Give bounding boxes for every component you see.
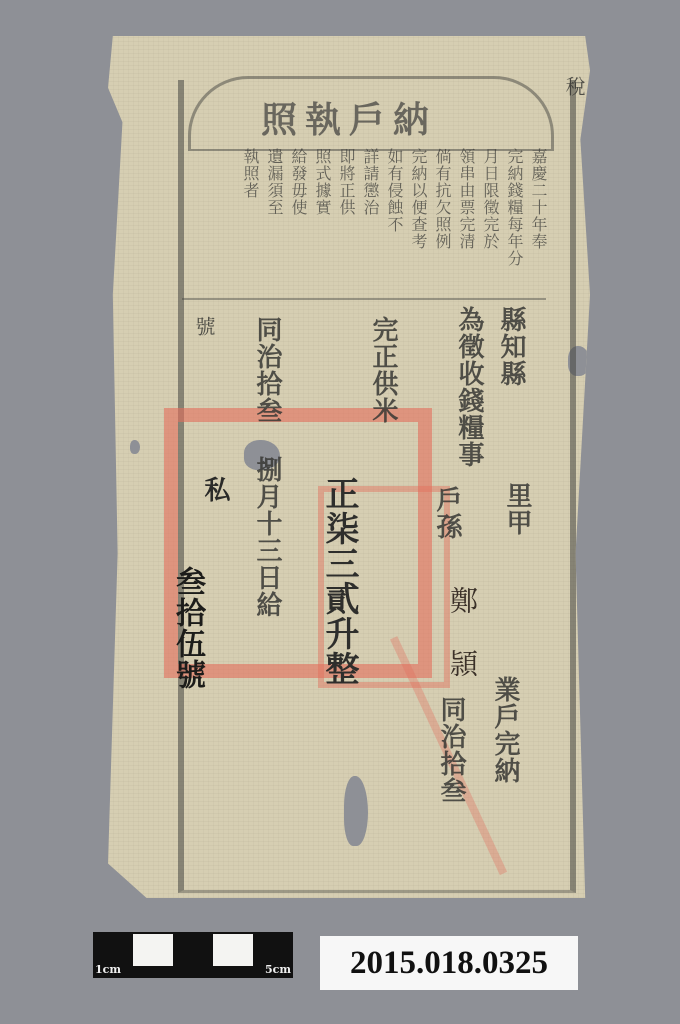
scale-segment: [133, 934, 173, 966]
district-text: 里甲: [504, 482, 530, 536]
handwritten-name: 鄭 頴: [448, 586, 476, 678]
receipt-paper: 納戶執照 嘉慶二十年奉 完納錢糧每年分 月日限徵完於 領串由票完清 倘有抗欠照例…: [108, 36, 590, 898]
serial-number-ink: 叁拾伍號: [172, 566, 202, 690]
household-text: 戶孫: [434, 486, 460, 540]
amount-char: 三: [319, 546, 359, 581]
amount-char: 正: [319, 476, 359, 511]
scale-segment: [213, 934, 253, 966]
private-mark: 私: [202, 476, 228, 503]
tax-item-text: 完正供米: [370, 316, 396, 424]
edge-character: 稅: [564, 76, 584, 97]
number-label: 號: [194, 316, 214, 337]
paper-hole: [130, 440, 140, 454]
amount-char: 柒: [319, 511, 359, 546]
payer-completed-text: 業戶完納: [492, 676, 518, 784]
scale-bar: 1cm 5cm: [93, 932, 293, 978]
county-magistrate-text: 縣知縣: [498, 306, 524, 387]
amount-text: 正柒三貳升整: [322, 476, 356, 686]
lower-reign-year-text: 同治拾叁: [438, 696, 464, 804]
scale-segment: [173, 934, 213, 966]
scale-label-left: 1cm: [95, 963, 121, 976]
scale-segment: [93, 934, 133, 966]
amount-char: 整: [319, 651, 359, 686]
catalog-number-label: 2015.018.0325: [320, 936, 578, 990]
reign-year-text: 同治拾叁: [254, 316, 280, 424]
amount-char: 升: [319, 616, 359, 651]
amount-char: 貳: [319, 581, 359, 616]
scale-label-right: 5cm: [265, 963, 291, 976]
issue-date-text: 捌月十三日給: [254, 456, 280, 618]
scale-segment: [253, 934, 293, 966]
tax-collection-text: 為徵收錢糧事: [456, 306, 482, 468]
